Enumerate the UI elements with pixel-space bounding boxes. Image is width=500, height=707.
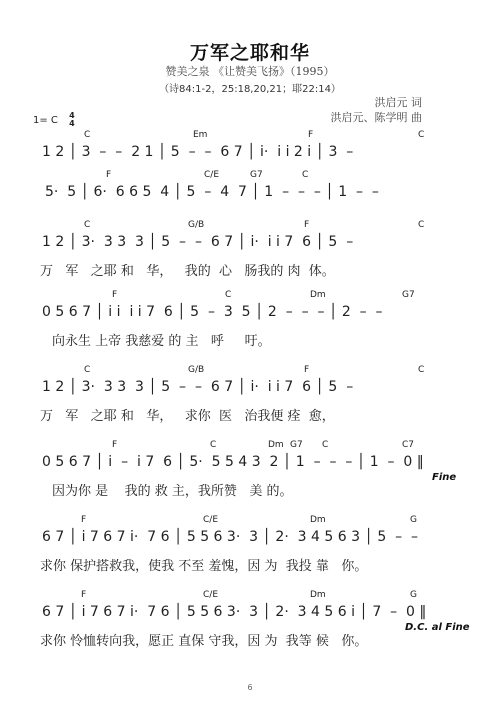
chord-symbol: C/E bbox=[203, 590, 218, 600]
subtitle: 赞美之泉 《让赞美飞扬》（1995） bbox=[0, 63, 500, 79]
chord-symbol: C/E bbox=[203, 515, 218, 525]
chord-symbol: F bbox=[308, 130, 313, 140]
chord-symbol: F bbox=[81, 515, 86, 525]
lyricist-credit: 洪启元 词 bbox=[375, 94, 423, 110]
chord-symbol: C bbox=[418, 130, 424, 140]
page-title: 万军之耶和华 bbox=[0, 38, 500, 65]
lyric-line: 向永生 上帝 我慈爱 的 主 呼 吁。 bbox=[52, 330, 271, 349]
fine-marking: Fine bbox=[432, 472, 456, 483]
chord-symbol: G bbox=[410, 590, 417, 600]
key-label: 1= C bbox=[33, 115, 58, 126]
notation-line: 0 5 6 7 │ i – i 7 6 │ 5· 5 5 4 3 2 │ 1 –… bbox=[42, 454, 424, 470]
chord-symbol: C bbox=[84, 130, 90, 140]
chord-symbol: G bbox=[410, 515, 417, 525]
notation-line: 6 7 │ i 7 6 7 i· 7 6 │ 5 5 6 3· 3 │ 2· 3… bbox=[42, 604, 426, 620]
page-number: 6 bbox=[0, 683, 500, 692]
lyric-line: 求你 保护搭救我，使我 不至 羞愧，因 为 我投 靠 你。 bbox=[40, 555, 367, 574]
chord-symbol: C bbox=[210, 440, 216, 450]
notation-line: 5· 5 │ 6· 6 6 5 4 │ 5 – 4 7 │ 1 – – – │ … bbox=[45, 184, 379, 200]
chord-symbol: Em bbox=[193, 130, 207, 140]
chord-symbol: F bbox=[106, 170, 111, 180]
chord-symbol: Dm bbox=[310, 290, 326, 300]
scripture-references: （诗84:1-2，25:18,20,21；耶22:14） bbox=[0, 80, 500, 95]
chord-symbol: G7 bbox=[402, 290, 415, 300]
chord-symbol: C bbox=[302, 170, 308, 180]
key-signature: 1= C 4 4 bbox=[33, 112, 75, 128]
chord-symbol: F bbox=[304, 220, 309, 230]
notation-line: 1 2 │ 3 – – 2 1 │ 5 – – 6 7 │ i· i i 2 i… bbox=[42, 144, 353, 160]
notation-line: 0 5 6 7 │ i i i i 7 6 │ 5 – 3 5 │ 2 – – … bbox=[42, 304, 383, 320]
time-signature: 4 4 bbox=[69, 112, 75, 128]
lyric-line: 因为你 是 我的 救 主，我所赞 美 的。 bbox=[52, 480, 292, 499]
chord-symbol: C bbox=[322, 440, 328, 450]
chord-symbol: G7 bbox=[290, 440, 303, 450]
chord-symbol: C bbox=[418, 220, 424, 230]
lyric-line: 万 军 之耶 和 华， 求你 医 治我便 痊 愈， bbox=[40, 405, 335, 424]
chord-symbol: F bbox=[112, 290, 117, 300]
chord-symbol: Dm bbox=[310, 515, 326, 525]
chord-symbol: G7 bbox=[250, 170, 263, 180]
chord-symbol: Dm bbox=[310, 590, 326, 600]
chord-symbol: G/B bbox=[188, 365, 204, 375]
chord-symbol: F bbox=[304, 365, 309, 375]
chord-symbol: C7 bbox=[402, 440, 414, 450]
chord-symbol: F bbox=[112, 440, 117, 450]
chord-symbol: C bbox=[84, 365, 90, 375]
time-sig-bottom: 4 bbox=[69, 119, 75, 128]
chord-symbol: C bbox=[418, 365, 424, 375]
chord-symbol: C bbox=[84, 220, 90, 230]
lyric-line: 求你 怜恤转向我，愿正 直保 守我，因 为 我等 候 你。 bbox=[40, 630, 367, 649]
chord-symbol: Dm bbox=[268, 440, 284, 450]
chord-symbol: C/E bbox=[204, 170, 219, 180]
notation-line: 6 7 │ i 7 6 7 i· 7 6 │ 5 5 6 3· 3 │ 2· 3… bbox=[42, 529, 418, 545]
dc-al-fine-marking: D.C. al Fine bbox=[405, 622, 470, 633]
chord-symbol: G/B bbox=[188, 220, 204, 230]
chord-symbol: C bbox=[225, 290, 231, 300]
notation-line: 1 2 │ 3· 3 3 3 │ 5 – – 6 7 │ i· i i 7 6 … bbox=[42, 379, 353, 395]
lyric-line: 万 军 之耶 和 华， 我的 心 肠我的 肉 体。 bbox=[40, 260, 335, 279]
chord-symbol: F bbox=[81, 590, 86, 600]
notation-line: 1 2 │ 3· 3 3 3 │ 5 – – 6 7 │ i· i i 7 6 … bbox=[42, 234, 353, 250]
composer-credit: 洪启元、陈学明 曲 bbox=[331, 109, 423, 125]
